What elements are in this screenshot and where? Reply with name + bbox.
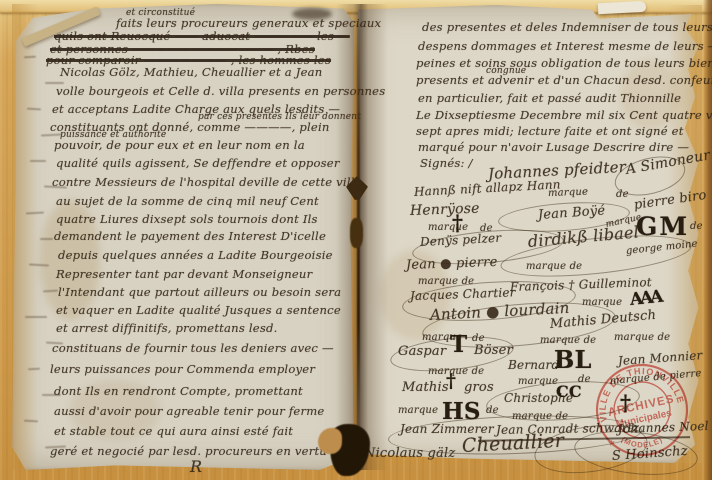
manuscript-line: quatre Liures dixsept sols tournois dont… — [56, 214, 318, 226]
signature: T — [450, 333, 467, 356]
signature: Jean ● pierre — [406, 256, 498, 272]
signature: de — [690, 222, 703, 232]
manuscript-line: quils ont Reuocqué —— aduocat ————— les … — [54, 31, 350, 43]
gutter-top-smudge — [292, 8, 332, 20]
bleedthrough-dash — [45, 82, 64, 84]
signature: † — [452, 212, 463, 233]
signature: GM — [636, 214, 689, 239]
signature: Henrÿose — [410, 202, 480, 218]
manuscript-line: et stable tout ce qui aura ainsi esté fa… — [54, 426, 293, 438]
manuscript-line: despens dommages et Interest mesme de le… — [418, 41, 712, 53]
signature: Cheuallier — [462, 432, 565, 456]
manuscript-line: des presentes et deles Indemniser de tou… — [422, 22, 712, 34]
signature: Mathis — [402, 381, 449, 394]
bleedthrough-dash — [25, 316, 47, 318]
manuscript-line: peines et soins sous obligation de tous … — [416, 58, 712, 70]
signature: Böser — [474, 344, 513, 357]
manuscript-line: Le Dixseptiesme Decembre mil six Cent qu… — [416, 110, 712, 122]
stamp-bottom-text: (MODÈLE) — [618, 427, 665, 455]
manuscript-line: Signés: / — [420, 158, 473, 170]
manuscript-line: pouvoir, de pour eux et en leur nom en l… — [54, 140, 305, 152]
manuscript-line: faits leurs procureurs generaux et speci… — [116, 18, 381, 30]
signature: † — [446, 372, 456, 391]
signature: Nicolaus gälz — [364, 447, 455, 460]
manuscript-line: et vaquer en Ladite qualité Jusques a se… — [56, 305, 341, 317]
manuscript-line: geré et negocié par lesd. procureurs en … — [50, 446, 327, 458]
signature: marque de — [428, 367, 484, 377]
manuscript-line: depuis quelques années a Ladite Bourgeoi… — [58, 250, 333, 262]
star-icon: ★ — [607, 437, 617, 448]
signature: marque — [582, 298, 622, 308]
manuscript-line: presents et advenir et d'un Chacun desd.… — [416, 75, 712, 87]
manuscript-line: qualité quils agissent, Se deffendre et … — [56, 158, 340, 170]
signature: marque — [518, 377, 558, 387]
manuscript-line: R — [190, 459, 202, 475]
bleedthrough-dash — [30, 160, 46, 162]
signature: marque de — [526, 262, 582, 272]
manuscript-line: volle bourgeois et Celle d. villa presen… — [56, 86, 385, 98]
manuscript-line: l'Intendant que partout ailleurs ou beso… — [58, 287, 341, 299]
binding-stitch — [350, 218, 363, 248]
signature: marque — [548, 188, 589, 199]
archives-stamp: VILLE DE THIONVILLE (MODÈLE) ARCHIVES Mu… — [578, 346, 706, 474]
signature: de — [616, 190, 629, 200]
signature: HS — [442, 400, 481, 423]
stamp-ring-text: VILLE DE THIONVILLE — [589, 358, 686, 423]
signature: gros — [464, 381, 494, 394]
binding-torn-patch — [318, 428, 342, 454]
signature: de — [486, 406, 499, 416]
manuscript-line: sept apres midi; lecture faite et ont si… — [416, 126, 684, 138]
manuscript-line: au sujet de la somme de cinq mil neuf Ce… — [56, 196, 319, 208]
manuscript-line: Representer tant par devant Monseigneur — [56, 269, 312, 281]
signature: marque de — [614, 333, 670, 343]
signature: AAA — [629, 289, 661, 309]
signature: marque de — [418, 277, 474, 287]
manuscript-line: Nicolas Gölz, Mathieu, Cheuallier et a J… — [60, 67, 322, 79]
wood-right-edge — [703, 0, 712, 480]
manuscript-line: demandent le payement des Interest D'ice… — [54, 231, 326, 243]
manuscript-line: dont Ils en rendront Compte, promettant — [54, 386, 303, 398]
signature: CC — [556, 384, 582, 400]
manuscript-line: marqué pour n'avoir Lusage Descrire dire… — [418, 142, 689, 154]
manuscript-line: aussi d'avoir pour agreable tenir pour f… — [54, 406, 324, 418]
manuscript-line: en particulier, fait et passé audit Thio… — [418, 93, 681, 105]
signature: Bernard — [508, 359, 559, 371]
manuscript-line: leurs puissances pour Commenda employer — [50, 364, 315, 376]
bleedthrough-dash — [42, 394, 61, 396]
manuscript-line: contre Messieurs de l'hospital deville d… — [52, 177, 362, 189]
signature: marque de — [512, 412, 568, 422]
signature: marque — [398, 406, 438, 416]
manuscript-scan: et circonstituéfaits leurs procureurs ge… — [0, 0, 712, 480]
bleedthrough-dash — [40, 238, 53, 240]
manuscript-line: constituans de fournir tous les deniers … — [52, 343, 334, 355]
signature: Gaspar — [398, 345, 446, 358]
signature: Jacques Chartier — [410, 286, 516, 302]
manuscript-line: et arrest diffinitifs, promettans lesd. — [56, 323, 278, 335]
